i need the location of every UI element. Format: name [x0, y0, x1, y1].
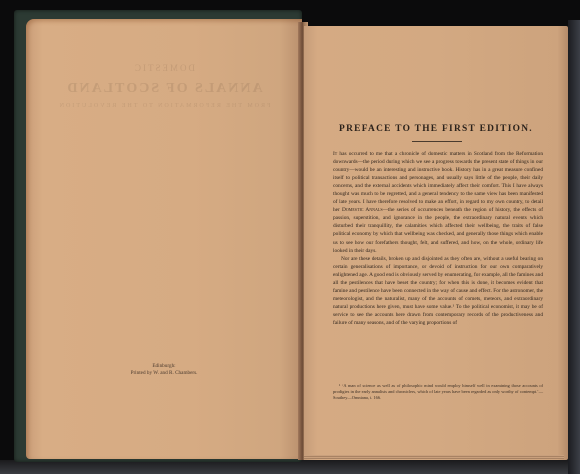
showthrough-line: DOMESTIC [26, 63, 302, 73]
smallcaps-phrase: Domestic Annals [342, 207, 383, 213]
imprint-city: Edinburgh: [26, 363, 302, 370]
background-edge [568, 20, 580, 474]
printer-imprint: Edinburgh: Printed by W. and R. Chambers… [26, 363, 302, 377]
footnote: ¹ ‘A man of science as well as of philos… [333, 383, 543, 402]
paragraph-text: has occurred to me that a chronicle of d… [333, 151, 543, 213]
page-title: PREFACE TO THE FIRST EDITION. [304, 124, 568, 134]
showthrough-line: FROM THE REFORMATION TO THE REVOLUTION [26, 103, 302, 109]
table-surface [0, 460, 580, 474]
paragraph: It has occurred to me that a chronicle o… [333, 150, 543, 255]
title-divider [412, 141, 462, 142]
right-page: PREFACE TO THE FIRST EDITION. It has occ… [304, 26, 568, 460]
preface-body: It has occurred to me that a chronicle o… [333, 150, 543, 327]
paragraph: Nor are these details, broken up and dis… [333, 255, 543, 327]
left-page: DOMESTIC ANNALS OF SCOTLAND FROM THE REF… [26, 19, 302, 459]
page-block-edges [304, 455, 564, 459]
paragraph-text: —the series of occurrences beneath the r… [333, 207, 543, 253]
showthrough-line: ANNALS OF SCOTLAND [26, 81, 302, 97]
imprint-printer: Printed by W. and R. Chambers. [26, 370, 302, 377]
